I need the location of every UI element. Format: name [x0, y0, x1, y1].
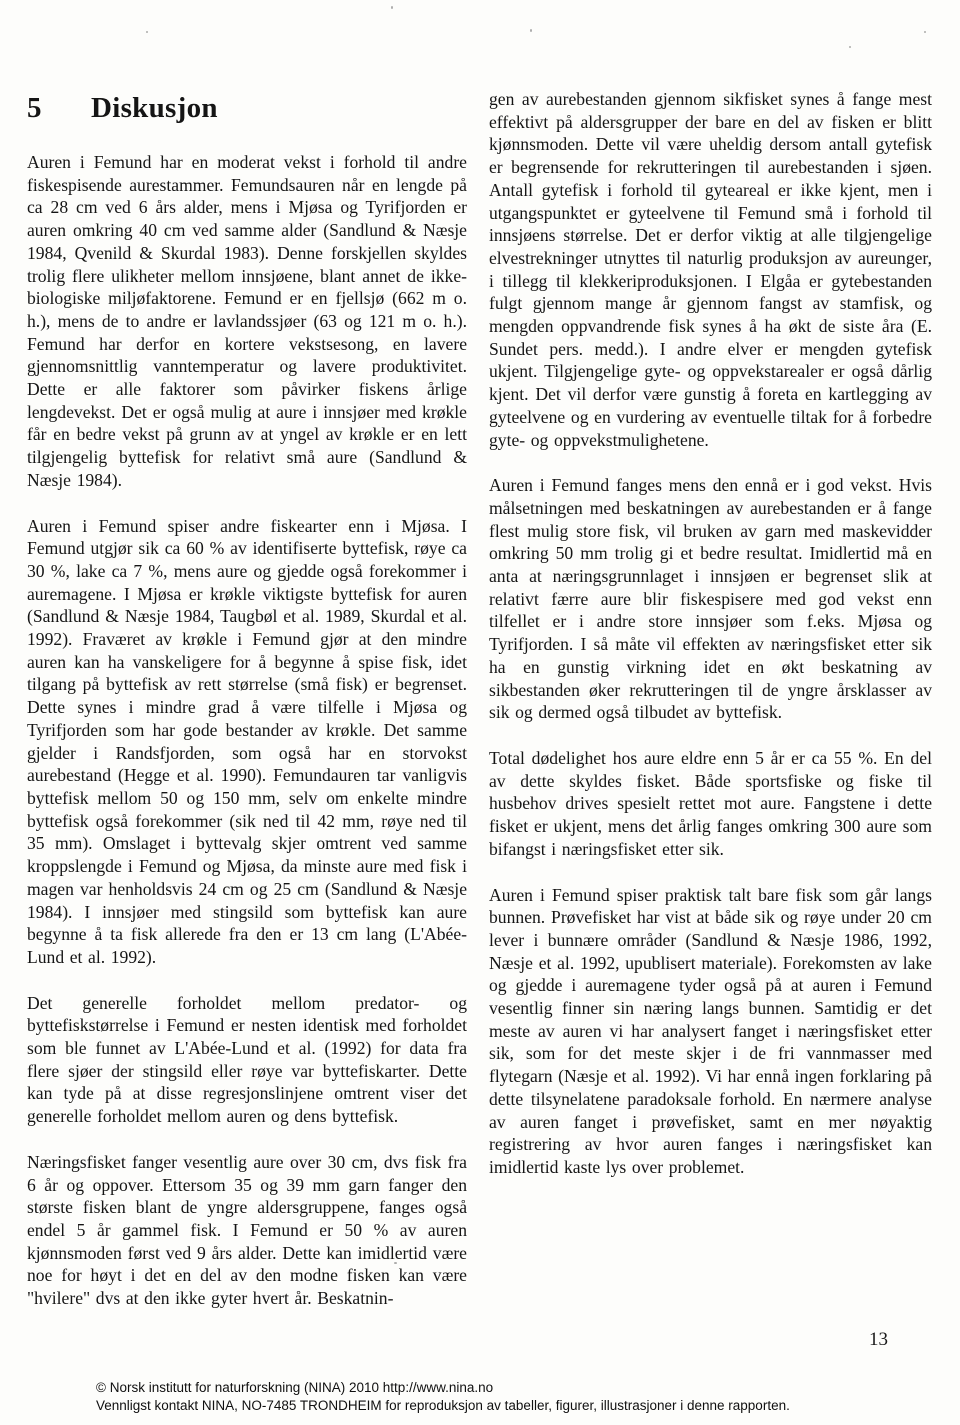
paragraph: Auren i Femund spiser andre fiskearter e…	[27, 515, 467, 969]
paragraph: Næringsfisket fanger vesentlig aure over…	[27, 1151, 467, 1310]
footer: © Norsk institutt for naturforskning (NI…	[96, 1379, 876, 1414]
left-column-paragraphs: Auren i Femund har en moderat vekst i fo…	[27, 151, 467, 1310]
section-heading: 5Diskusjon	[27, 92, 467, 125]
paragraph: Auren i Femund spiser praktisk talt bare…	[489, 884, 932, 1179]
paragraph: Det generelle forholdet mellom predator-…	[27, 992, 467, 1128]
footer-copyright-line: © Norsk institutt for naturforskning (NI…	[96, 1379, 876, 1397]
paragraph: Total dødelighet hos aure eldre enn 5 år…	[489, 747, 932, 861]
right-column-paragraphs: gen av aurebestanden gjennom sikfisket s…	[489, 88, 932, 1179]
paragraph: gen av aurebestanden gjennom sikfisket s…	[489, 88, 932, 451]
scan-speck	[849, 46, 851, 48]
scan-speck	[146, 31, 148, 33]
section-number: 5	[27, 92, 91, 125]
scan-speck	[530, 29, 532, 32]
paragraph: Auren i Femund har en moderat vekst i fo…	[27, 151, 467, 492]
scan-speck	[391, 6, 393, 9]
left-column: 5Diskusjon Auren i Femund har en moderat…	[27, 92, 467, 1310]
page-number: 13	[869, 1329, 888, 1351]
section-title: Diskusjon	[91, 92, 218, 124]
document-page: 5Diskusjon Auren i Femund har en moderat…	[0, 0, 960, 1425]
footer-contact-line: Vennligst kontakt NINA, NO-7485 TRONDHEI…	[96, 1397, 876, 1415]
scan-speck	[394, 1262, 397, 1264]
paragraph: Auren i Femund fanges mens den ennå er i…	[489, 474, 932, 724]
scan-speck	[924, 31, 926, 33]
right-column: gen av aurebestanden gjennom sikfisket s…	[489, 88, 932, 1179]
